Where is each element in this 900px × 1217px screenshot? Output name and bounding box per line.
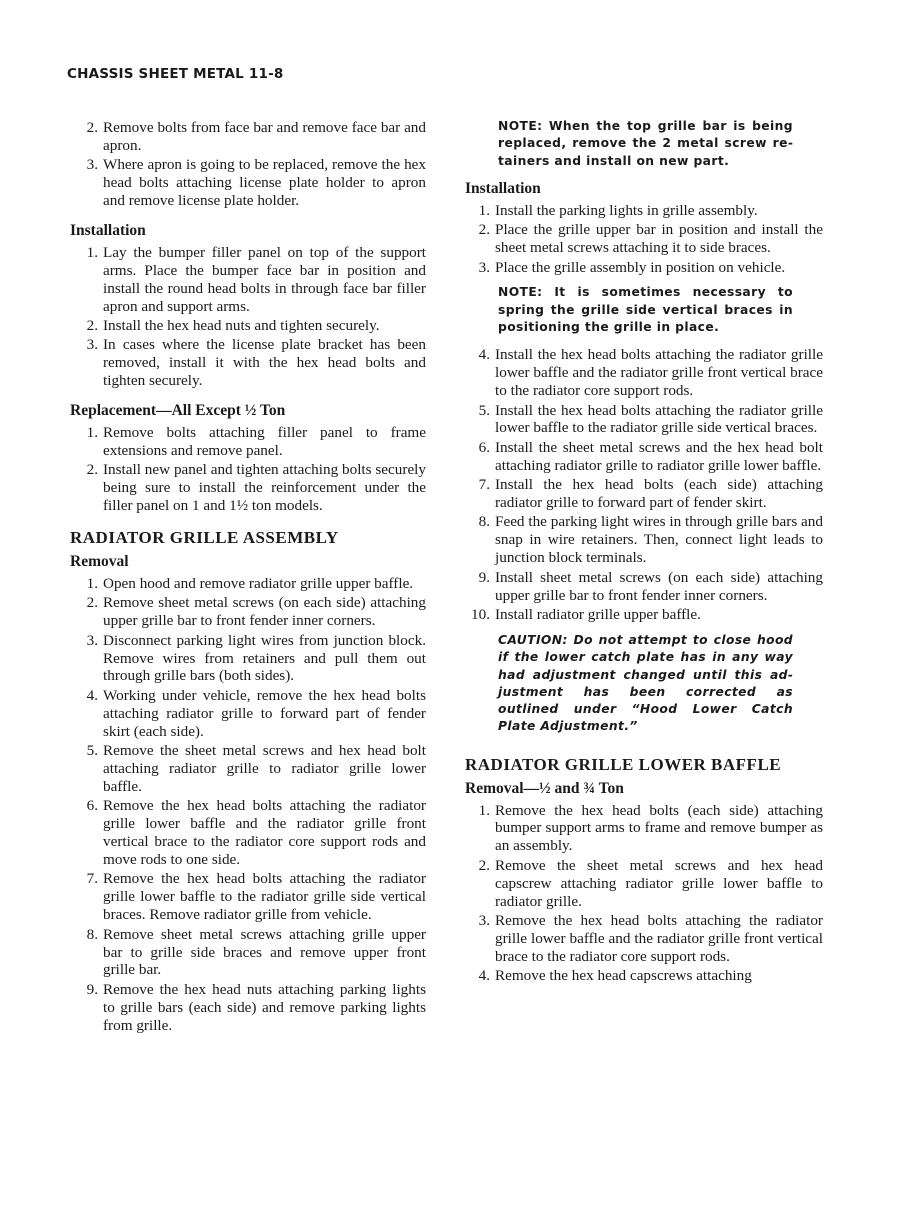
list-item: 2.Remove bolts from face bar and remove … xyxy=(70,119,426,155)
item-number: 7. xyxy=(465,476,495,512)
list-item: 2.Install the hex head nuts and tighten … xyxy=(70,317,426,335)
list-item: 3.Remove the hex head bolts attaching th… xyxy=(465,912,823,966)
item-number: 2. xyxy=(70,461,103,515)
grille-installation-heading: Installation xyxy=(465,180,823,198)
item-number: 3. xyxy=(70,336,103,390)
list-item: 4.Working under vehicle, remove the hex … xyxy=(70,687,426,741)
list-item: 6.Install the sheet metal screws and the… xyxy=(465,439,823,475)
item-number: 4. xyxy=(70,687,103,741)
item-text: Remove the sheet metal screws and hex he… xyxy=(495,857,823,911)
item-number: 2. xyxy=(70,119,103,155)
item-number: 3. xyxy=(465,259,495,277)
lower-baffle-removal-heading: Removal—½ and ¾ Ton xyxy=(465,780,823,798)
list-item: 3.Where apron is going to be replaced, r… xyxy=(70,156,426,210)
item-text: Install the parking lights in grille ass… xyxy=(495,202,823,220)
item-text: Remove the hex head nuts attaching parki… xyxy=(103,981,426,1035)
item-text: Install sheet metal screws (on each side… xyxy=(495,569,823,605)
list-item: 2.Remove sheet metal screws (on each sid… xyxy=(70,594,426,630)
item-text: Remove the hex head capscrews attaching xyxy=(495,967,823,985)
item-number: 3. xyxy=(465,912,495,966)
list-item: 9.Install sheet metal screws (on each si… xyxy=(465,569,823,605)
item-number: 1. xyxy=(70,424,103,460)
list-item: 7.Remove the hex head bolts attaching th… xyxy=(70,870,426,924)
list-item: 3.In cases where the license plate brack… xyxy=(70,336,426,390)
removal-list: 1.Open hood and remove radiator grille u… xyxy=(70,575,426,1035)
lower-baffle-heading: RADIATOR GRILLE LOWER BAFFLE xyxy=(465,756,823,774)
item-text: Install the hex head bolts attaching the… xyxy=(495,346,823,400)
item-text: Where apron is going to be replaced, rem… xyxy=(103,156,426,210)
item-number: 7. xyxy=(70,870,103,924)
item-number: 8. xyxy=(465,513,495,567)
item-number: 1. xyxy=(465,202,495,220)
list-item: 5.Install the hex head bolts attaching t… xyxy=(465,402,823,438)
list-item: 9.Remove the hex head nuts attaching par… xyxy=(70,981,426,1035)
caution-note: CAUTION: Do not attempt to close hood if… xyxy=(498,632,793,736)
list-item: 8.Remove sheet metal screws attaching gr… xyxy=(70,926,426,980)
list-item: 1.Open hood and remove radiator grille u… xyxy=(70,575,426,593)
list-item: 8.Feed the parking light wires in throug… xyxy=(465,513,823,567)
list-item: 6.Remove the hex head bolts attaching th… xyxy=(70,797,426,869)
item-number: 2. xyxy=(465,221,495,257)
item-text: Install radiator grille upper baffle. xyxy=(495,606,823,624)
item-text: Disconnect parking light wires from junc… xyxy=(103,632,426,686)
item-text: In cases where the license plate bracket… xyxy=(103,336,426,390)
item-text: Working under vehicle, remove the hex he… xyxy=(103,687,426,741)
item-text: Install the hex head bolts (each side) a… xyxy=(495,476,823,512)
list-item: 4.Remove the hex head capscrews attachin… xyxy=(465,967,823,985)
list-item: 2.Place the grille upper bar in position… xyxy=(465,221,823,257)
list-item: 3.Disconnect parking light wires from ju… xyxy=(70,632,426,686)
item-text: Remove sheet metal screws (on each side)… xyxy=(103,594,426,630)
item-number: 9. xyxy=(465,569,495,605)
installation-list: 1.Lay the bumper filler panel on top of … xyxy=(70,244,426,390)
list-item: 2.Install new panel and tighten attachin… xyxy=(70,461,426,515)
item-text: Remove the sheet metal screws and hex he… xyxy=(103,742,426,796)
item-text: Remove sheet metal screws attaching gril… xyxy=(103,926,426,980)
list-item: 3.Place the grille assembly in position … xyxy=(465,259,823,277)
replacement-list: 1.Remove bolts attaching filler panel to… xyxy=(70,424,426,515)
top-grille-bar-note: NOTE: When the top grille bar is being r… xyxy=(498,118,793,170)
item-number: 4. xyxy=(465,967,495,985)
item-text: Place the grille upper bar in position a… xyxy=(495,221,823,257)
item-text: Install new panel and tighten attaching … xyxy=(103,461,426,515)
item-number: 2. xyxy=(70,594,103,630)
item-number: 3. xyxy=(70,632,103,686)
list-item: 10.Install radiator grille upper baffle. xyxy=(465,606,823,624)
item-number: 8. xyxy=(70,926,103,980)
item-text: Remove the hex head bolts attaching the … xyxy=(103,797,426,869)
replacement-heading: Replacement—All Except ½ Ton xyxy=(70,402,426,420)
item-text: Lay the bumper filler panel on top of th… xyxy=(103,244,426,316)
item-text: Remove the hex head bolts attaching the … xyxy=(103,870,426,924)
removal-heading: Removal xyxy=(70,553,426,571)
intro-list: 2.Remove bolts from face bar and remove … xyxy=(70,119,426,210)
item-number: 4. xyxy=(465,346,495,400)
item-number: 9. xyxy=(70,981,103,1035)
spring-braces-note: NOTE: It is sometimes necessary to sprin… xyxy=(498,284,793,336)
item-text: Remove bolts attaching filler panel to f… xyxy=(103,424,426,460)
item-text: Place the grille assembly in position on… xyxy=(495,259,823,277)
list-item: 4.Install the hex head bolts attaching t… xyxy=(465,346,823,400)
list-item: 1.Lay the bumper filler panel on top of … xyxy=(70,244,426,316)
item-text: Install the hex head bolts attaching the… xyxy=(495,402,823,438)
item-number: 3. xyxy=(70,156,103,210)
installation-heading: Installation xyxy=(70,222,426,240)
item-text: Remove the hex head bolts attaching the … xyxy=(495,912,823,966)
item-number: 10. xyxy=(465,606,495,624)
item-text: Remove the hex head bolts (each side) at… xyxy=(495,802,823,856)
item-text: Install the hex head nuts and tighten se… xyxy=(103,317,426,335)
item-number: 5. xyxy=(70,742,103,796)
item-text: Remove bolts from face bar and remove fa… xyxy=(103,119,426,155)
item-number: 1. xyxy=(70,575,103,593)
right-column: NOTE: When the top grille bar is being r… xyxy=(465,118,823,987)
item-number: 1. xyxy=(70,244,103,316)
lower-baffle-removal-list: 1.Remove the hex head bolts (each side) … xyxy=(465,802,823,986)
item-number: 2. xyxy=(70,317,103,335)
list-item: 5.Remove the sheet metal screws and hex … xyxy=(70,742,426,796)
item-number: 5. xyxy=(465,402,495,438)
grille-assembly-heading: RADIATOR GRILLE ASSEMBLY xyxy=(70,529,426,547)
item-number: 1. xyxy=(465,802,495,856)
item-text: Install the sheet metal screws and the h… xyxy=(495,439,823,475)
list-item: 1.Remove the hex head bolts (each side) … xyxy=(465,802,823,856)
left-column: 2.Remove bolts from face bar and remove … xyxy=(70,119,426,1036)
grille-installation-list-a: 1.Install the parking lights in grille a… xyxy=(465,202,823,277)
page-header: CHASSIS SHEET METAL 11-8 xyxy=(67,66,283,82)
list-item: 1.Remove bolts attaching filler panel to… xyxy=(70,424,426,460)
list-item: 7.Install the hex head bolts (each side)… xyxy=(465,476,823,512)
item-text: Open hood and remove radiator grille upp… xyxy=(103,575,426,593)
item-text: Feed the parking light wires in through … xyxy=(495,513,823,567)
list-item: 2.Remove the sheet metal screws and hex … xyxy=(465,857,823,911)
item-number: 6. xyxy=(70,797,103,869)
item-number: 6. xyxy=(465,439,495,475)
item-number: 2. xyxy=(465,857,495,911)
list-item: 1.Install the parking lights in grille a… xyxy=(465,202,823,220)
grille-installation-list-b: 4.Install the hex head bolts attaching t… xyxy=(465,346,823,624)
